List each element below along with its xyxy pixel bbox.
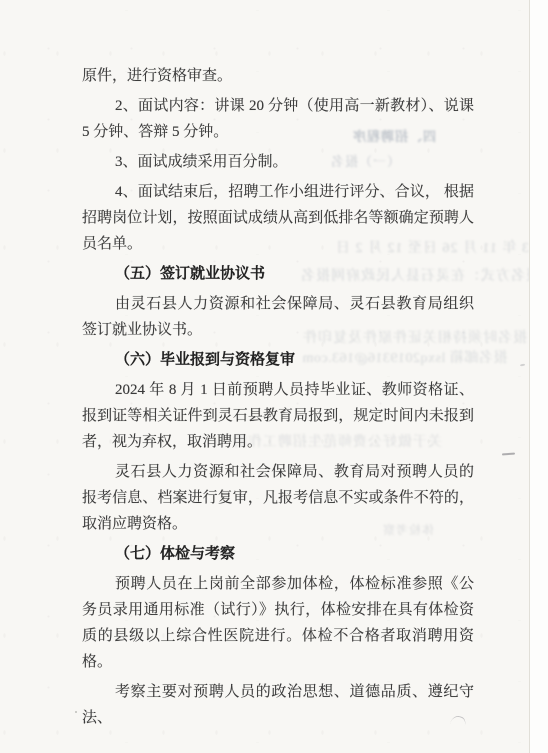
paragraph-continuation: 原件，进行资格审查。 (82, 63, 474, 89)
scan-bed-strip (530, 0, 548, 753)
paragraph-report-deadline: 2024 年 8 月 1 日前预聘人员持毕业证、教师资格证、报到证等相关证件到灵… (82, 377, 474, 455)
document-body: 原件，进行资格审查。 2、面试内容：讲课 20 分钟（使用高一新教材）、说课 5… (82, 63, 474, 735)
paragraph-interview-scoring: 3、面试成绩采用百分制。 (82, 149, 474, 175)
paragraph-inspection: 考察主要对预聘人员的政治思想、道德品质、遵纪守法、 (82, 679, 474, 731)
paragraph-requalification-review: 灵石县人力资源和社会保障局、教育局对预聘人员的报考信息、档案进行复审，凡报考信息… (82, 459, 474, 537)
scan-speck (75, 711, 77, 713)
section-heading-7-physical-exam: （七）体检与考察 (82, 541, 474, 567)
section-heading-5-agreement: （五）签订就业协议书 (82, 261, 474, 287)
paragraph-physical-exam: 预聘人员在上岗前全部参加体检，体检标准参照《公务员录用通用标准（试行）》执行，体… (82, 571, 474, 675)
page-edge-line (529, 0, 530, 753)
paragraph-agreement-signing: 由灵石县人力资源和社会保障局、灵石县教育局组织签订就业协议书。 (82, 291, 474, 343)
section-heading-6-registration: （六）毕业报到与资格复审 (82, 347, 474, 373)
paragraph-interview-result: 4、面试结束后，招聘工作小组进行评分、合议， 根据招聘岗位计划，按照面试成绩从高… (82, 179, 474, 257)
paragraph-interview-content: 2、面试内容：讲课 20 分钟（使用高一新教材）、说课 5 分钟、答辩 5 分钟… (82, 93, 474, 145)
